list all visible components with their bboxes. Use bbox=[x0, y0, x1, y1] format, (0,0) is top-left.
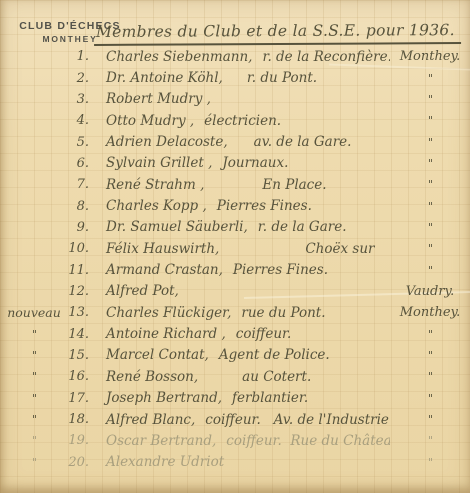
member-name: Marcel Contat, bbox=[106, 347, 209, 363]
member-entry: Charles Siebenmann,r. de la Reconfière. bbox=[98, 49, 390, 65]
member-detail: En Place. bbox=[262, 177, 326, 193]
member-entry: Alfred Blanc,coiffeur. Av. de l'Industri… bbox=[98, 412, 390, 428]
member-detail: électricien. bbox=[204, 113, 281, 129]
member-name: Joseph Bertrand, bbox=[106, 390, 222, 406]
member-place: " bbox=[390, 178, 470, 191]
member-name: Alexandre Udriot bbox=[106, 454, 224, 470]
member-row: nouveau 13. Charles Flückiger,rue du Pon… bbox=[0, 302, 470, 323]
member-number: 6. bbox=[68, 156, 98, 171]
member-number: 13. bbox=[68, 305, 98, 320]
member-name: Charles Siebenmann, bbox=[106, 49, 252, 65]
member-name: Armand Crastan, bbox=[106, 262, 223, 278]
member-name: Sylvain Grillet , bbox=[106, 155, 212, 171]
member-name: Robert Mudry , bbox=[106, 91, 211, 107]
member-place: Vaudry. bbox=[390, 284, 470, 299]
member-number: 1. bbox=[68, 49, 98, 64]
margin-note: " bbox=[0, 328, 68, 341]
member-detail: coiffeur. Av. de l'Industrie. bbox=[205, 412, 390, 428]
member-entry: Alfred Pot, bbox=[98, 283, 390, 299]
member-entry: René Strahm ,En Place. bbox=[98, 177, 390, 193]
member-name: René Bosson, bbox=[106, 369, 198, 385]
member-number: 20. bbox=[68, 455, 98, 470]
member-name: Charles Kopp , bbox=[106, 198, 207, 214]
member-number: 10. bbox=[68, 241, 98, 256]
member-detail: Pierres Fines. bbox=[233, 262, 328, 278]
member-row: 8. Charles Kopp ,Pierres Fines. " bbox=[0, 195, 470, 216]
member-row: " 19. Oscar Bertrand,coiffeur. Rue du Ch… bbox=[0, 430, 470, 451]
member-detail: rue du Pont. bbox=[241, 305, 325, 321]
member-row: " 16. René Bosson,au Cotert. " bbox=[0, 366, 470, 387]
member-number: 12. bbox=[68, 284, 98, 299]
member-row: " 15. Marcel Contat,Agent de Police. " bbox=[0, 345, 470, 366]
member-detail: Pierres Fines. bbox=[217, 198, 312, 214]
member-number: 2. bbox=[68, 71, 98, 86]
member-row: 12. Alfred Pot, Vaudry. bbox=[0, 281, 470, 302]
member-row: 11. Armand Crastan,Pierres Fines. " bbox=[0, 259, 470, 280]
member-detail: r. du Pont. bbox=[247, 70, 317, 86]
member-entry: Dr. Samuel Säuberli,r. de la Gare. bbox=[98, 219, 390, 235]
member-number: 19. bbox=[68, 433, 98, 448]
member-place: " bbox=[390, 242, 470, 255]
member-place: " bbox=[390, 93, 470, 106]
member-row: 3. Robert Mudry , " bbox=[0, 89, 470, 110]
member-place: " bbox=[390, 136, 470, 149]
member-place: " bbox=[390, 456, 470, 469]
member-name: Antoine Richard , bbox=[106, 326, 226, 342]
member-detail: Journaux. bbox=[222, 155, 288, 171]
member-row: 9. Dr. Samuel Säuberli,r. de la Gare. " bbox=[0, 217, 470, 238]
member-name: Charles Flückiger, bbox=[106, 305, 231, 321]
member-entry: René Bosson,au Cotert. bbox=[98, 369, 390, 385]
member-name: Oscar Bertrand, bbox=[106, 433, 216, 449]
document-page: CLUB D'ÉCHECS MONTHEY Membres du Club et… bbox=[0, 0, 470, 493]
margin-note: " bbox=[0, 349, 68, 362]
member-row: 7. René Strahm ,En Place. " bbox=[0, 174, 470, 195]
member-place: " bbox=[390, 434, 470, 447]
member-name: Félix Hauswirth, bbox=[106, 241, 219, 257]
member-number: 5. bbox=[68, 135, 98, 150]
member-row: " 18. Alfred Blanc,coiffeur. Av. de l'In… bbox=[0, 409, 470, 430]
member-name: Otto Mudry , bbox=[106, 113, 194, 129]
member-number: 15. bbox=[68, 348, 98, 363]
margin-note: " bbox=[0, 434, 68, 447]
member-entry: Otto Mudry ,électricien. bbox=[98, 113, 390, 129]
member-entry: Charles Kopp ,Pierres Fines. bbox=[98, 198, 390, 214]
member-name: Dr. Samuel Säuberli, bbox=[106, 219, 248, 235]
member-detail: Agent de Police. bbox=[219, 347, 330, 363]
member-place: " bbox=[390, 349, 470, 362]
member-detail: Choëx sur bbox=[305, 241, 374, 257]
member-row: 6. Sylvain Grillet ,Journaux. " bbox=[0, 153, 470, 174]
member-entry: Charles Flückiger,rue du Pont. bbox=[98, 305, 390, 321]
member-entry: Antoine Richard ,coiffeur. bbox=[98, 326, 390, 342]
member-row: 10. Félix Hauswirth,Choëx sur " bbox=[0, 238, 470, 259]
document-title: Membres du Club et de la S.S.E. pour 193… bbox=[94, 21, 461, 46]
member-name: Dr. Antoine Köhl, bbox=[106, 70, 223, 86]
member-list: 1. Charles Siebenmann,r. de la Reconfièr… bbox=[0, 46, 470, 473]
member-entry: Dr. Antoine Köhl,r. du Pont. bbox=[98, 70, 390, 86]
member-place: " bbox=[390, 264, 470, 277]
member-number: 17. bbox=[68, 391, 98, 406]
member-number: 14. bbox=[68, 327, 98, 342]
member-entry: Oscar Bertrand,coiffeur. Rue du Château bbox=[98, 433, 390, 449]
member-row: 5. Adrien Delacoste,av. de la Gare. " bbox=[0, 131, 470, 152]
member-name: Adrien Delacoste, bbox=[106, 134, 228, 150]
member-row: 1. Charles Siebenmann,r. de la Reconfièr… bbox=[0, 46, 470, 67]
member-place: " bbox=[390, 200, 470, 213]
member-name: Alfred Pot, bbox=[106, 283, 179, 299]
member-row: " 17. Joseph Bertrand,ferblantier. " bbox=[0, 388, 470, 409]
member-entry: Robert Mudry , bbox=[98, 91, 390, 107]
member-place: " bbox=[390, 370, 470, 383]
member-number: 7. bbox=[68, 177, 98, 192]
member-number: 11. bbox=[68, 263, 98, 278]
member-detail: r. de la Reconfière. bbox=[262, 49, 390, 65]
member-detail: coiffeur. bbox=[236, 326, 292, 342]
member-number: 3. bbox=[68, 92, 98, 107]
member-place: Monthey. bbox=[390, 49, 470, 64]
member-name: Alfred Blanc, bbox=[106, 412, 195, 428]
member-entry: Marcel Contat,Agent de Police. bbox=[98, 347, 390, 363]
member-place: " bbox=[390, 392, 470, 405]
member-number: 9. bbox=[68, 220, 98, 235]
member-number: 16. bbox=[68, 369, 98, 384]
member-place: " bbox=[390, 157, 470, 170]
member-detail: au Cotert. bbox=[242, 369, 311, 385]
member-place: " bbox=[390, 328, 470, 341]
member-place: " bbox=[390, 413, 470, 426]
margin-note: " bbox=[0, 370, 68, 383]
member-entry: Adrien Delacoste,av. de la Gare. bbox=[98, 134, 390, 150]
member-row: " 14. Antoine Richard ,coiffeur. " bbox=[0, 323, 470, 344]
member-number: 8. bbox=[68, 199, 98, 214]
member-entry: Félix Hauswirth,Choëx sur bbox=[98, 241, 390, 257]
member-entry: Armand Crastan,Pierres Fines. bbox=[98, 262, 390, 278]
member-detail: ferblantier. bbox=[232, 390, 308, 406]
member-entry: Joseph Bertrand,ferblantier. bbox=[98, 390, 390, 406]
member-place: " bbox=[390, 221, 470, 234]
member-number: 18. bbox=[68, 412, 98, 427]
member-row: " 20. Alexandre Udriot " bbox=[0, 452, 470, 473]
member-place: Monthey. bbox=[390, 305, 470, 320]
margin-note: " bbox=[0, 413, 68, 426]
member-row: 4. Otto Mudry ,électricien. " bbox=[0, 110, 470, 131]
margin-note: " bbox=[0, 456, 68, 469]
member-number: 4. bbox=[68, 113, 98, 128]
margin-note: " bbox=[0, 392, 68, 405]
member-name: René Strahm , bbox=[106, 177, 204, 193]
member-detail: r. de la Gare. bbox=[258, 219, 347, 235]
member-place: " bbox=[390, 114, 470, 127]
member-entry: Alexandre Udriot bbox=[98, 454, 390, 470]
member-place: " bbox=[390, 72, 470, 85]
member-detail: coiffeur. Rue du Château bbox=[226, 433, 390, 449]
member-detail: av. de la Gare. bbox=[254, 134, 352, 150]
member-entry: Sylvain Grillet ,Journaux. bbox=[98, 155, 390, 171]
member-row: 2. Dr. Antoine Köhl,r. du Pont. " bbox=[0, 67, 470, 88]
margin-note: nouveau bbox=[0, 305, 68, 320]
